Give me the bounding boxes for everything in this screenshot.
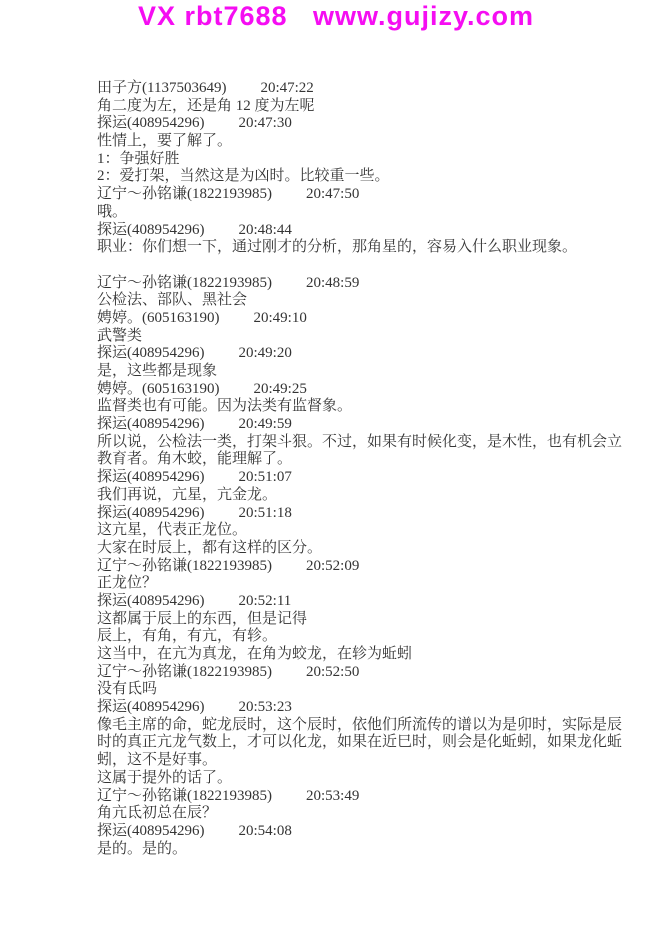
speaker-line: 探运(408954296)20:54:08 bbox=[97, 823, 647, 841]
message-line: 这属于提外的话了。 bbox=[97, 770, 647, 788]
speaker-name: 探运(408954296) bbox=[97, 505, 205, 521]
message-line: 这亢星，代表正龙位。 bbox=[97, 522, 647, 540]
message-line: 蚓，这不是好事。 bbox=[97, 752, 647, 770]
message-line: 监督类也有可能。因为法类有监督象。 bbox=[97, 398, 647, 416]
message-time: 20:48:44 bbox=[239, 222, 292, 240]
message-line: 角亢氐初总在辰？ bbox=[97, 805, 647, 823]
message-line: 哦。 bbox=[97, 204, 647, 222]
message-line: 性情上，要了解了。 bbox=[97, 133, 647, 151]
message-line: 正龙位？ bbox=[97, 575, 647, 593]
message-line: 没有氐吗 bbox=[97, 681, 647, 699]
speaker-name: 探运(408954296) bbox=[97, 699, 205, 715]
message-line: 我们再说，亢星，亢金龙。 bbox=[97, 487, 647, 505]
message-time: 20:49:10 bbox=[254, 310, 307, 328]
message-line: 所以说，公检法一类，打架斗狠。不过，如果有时候化变，是木性，也有机会立 bbox=[97, 434, 647, 452]
message-line: 公检法、部队、黑社会 bbox=[97, 292, 647, 310]
speaker-name: 探运(408954296) bbox=[97, 222, 205, 238]
speaker-line: 探运(408954296)20:48:44 bbox=[97, 222, 647, 240]
speaker-line: 田子方(1137503649)20:47:22 bbox=[97, 80, 647, 98]
speaker-name: 辽宁～孙铭谦(1822193985) bbox=[97, 186, 272, 202]
speaker-line: 辽宁～孙铭谦(1822193985)20:52:09 bbox=[97, 558, 647, 576]
message-line: 这当中，在亢为真龙，在角为蛟龙，在轸为蚯蚓 bbox=[97, 646, 647, 664]
message-line: 大家在时辰上，都有这样的区分。 bbox=[97, 540, 647, 558]
speaker-line: 探运(408954296)20:49:59 bbox=[97, 416, 647, 434]
blank-line bbox=[97, 257, 647, 275]
speaker-line: 辽宁～孙铭谦(1822193985)20:53:49 bbox=[97, 788, 647, 806]
speaker-name: 田子方(1137503649) bbox=[97, 80, 226, 96]
speaker-line: 探运(408954296)20:51:07 bbox=[97, 469, 647, 487]
speaker-line: 娉婷。(605163190)20:49:10 bbox=[97, 310, 647, 328]
message-line: 是的。是的。 bbox=[97, 841, 647, 859]
speaker-line: 探运(408954296)20:49:20 bbox=[97, 345, 647, 363]
message-line: 教育者。角木蛟，能理解了。 bbox=[97, 451, 647, 469]
message-time: 20:48:59 bbox=[306, 275, 359, 293]
message-time: 20:47:30 bbox=[239, 115, 292, 133]
speaker-name: 探运(408954296) bbox=[97, 593, 205, 609]
speaker-name: 娉婷。(605163190) bbox=[97, 310, 220, 326]
watermark-header: VX rbt7688 www.gujizy.com bbox=[0, 1, 672, 32]
message-line: 这都属于辰上的东西，但是记得 bbox=[97, 611, 647, 629]
message-time: 20:49:25 bbox=[254, 381, 307, 399]
message-time: 20:54:08 bbox=[239, 823, 292, 841]
message-time: 20:51:18 bbox=[239, 505, 292, 523]
message-line: 职业：你们想一下，通过刚才的分析，那角星的，容易入什么职业现象。 bbox=[97, 239, 647, 257]
message-time: 20:52:11 bbox=[239, 593, 292, 611]
message-time: 20:47:22 bbox=[260, 80, 313, 98]
chat-log: 田子方(1137503649)20:47:22角二度为左，还是角 12 度为左呢… bbox=[97, 80, 647, 858]
speaker-line: 娉婷。(605163190)20:49:25 bbox=[97, 381, 647, 399]
speaker-name: 探运(408954296) bbox=[97, 469, 205, 485]
speaker-name: 探运(408954296) bbox=[97, 823, 205, 839]
speaker-name: 探运(408954296) bbox=[97, 115, 205, 131]
speaker-name: 辽宁～孙铭谦(1822193985) bbox=[97, 664, 272, 680]
message-time: 20:51:07 bbox=[239, 469, 292, 487]
message-line: 时的真正亢龙气数上，才可以化龙，如果在近巳时，则会是化蚯蚓，如果龙化蚯 bbox=[97, 734, 647, 752]
chat-transcript-page: VX rbt7688 www.gujizy.com 田子方(1137503649… bbox=[0, 0, 672, 950]
message-time: 20:53:49 bbox=[306, 788, 359, 806]
speaker-name: 辽宁～孙铭谦(1822193985) bbox=[97, 788, 272, 804]
message-time: 20:49:20 bbox=[239, 345, 292, 363]
message-line: 是，这些都是现象 bbox=[97, 363, 647, 381]
speaker-name: 辽宁～孙铭谦(1822193985) bbox=[97, 275, 272, 291]
speaker-line: 探运(408954296)20:52:11 bbox=[97, 593, 647, 611]
speaker-name: 探运(408954296) bbox=[97, 416, 205, 432]
speaker-name: 娉婷。(605163190) bbox=[97, 381, 220, 397]
message-line: 像毛主席的命，蛇龙辰时，这个辰时，依他们所流传的谱以为是卯时，实际是辰 bbox=[97, 717, 647, 735]
message-time: 20:53:23 bbox=[239, 699, 292, 717]
message-line: 2：爱打架，当然这是为凶时。比较重一些。 bbox=[97, 168, 647, 186]
speaker-name: 探运(408954296) bbox=[97, 345, 205, 361]
speaker-line: 探运(408954296)20:51:18 bbox=[97, 505, 647, 523]
speaker-name: 辽宁～孙铭谦(1822193985) bbox=[97, 558, 272, 574]
message-line: 角二度为左，还是角 12 度为左呢 bbox=[97, 98, 647, 116]
message-time: 20:52:09 bbox=[306, 558, 359, 576]
message-time: 20:52:50 bbox=[306, 664, 359, 682]
message-line: 武警类 bbox=[97, 328, 647, 346]
speaker-line: 辽宁～孙铭谦(1822193985)20:47:50 bbox=[97, 186, 647, 204]
message-line: 辰上，有角，有亢，有轸。 bbox=[97, 628, 647, 646]
speaker-line: 辽宁～孙铭谦(1822193985)20:52:50 bbox=[97, 664, 647, 682]
speaker-line: 辽宁～孙铭谦(1822193985)20:48:59 bbox=[97, 275, 647, 293]
speaker-line: 探运(408954296)20:53:23 bbox=[97, 699, 647, 717]
speaker-line: 探运(408954296)20:47:30 bbox=[97, 115, 647, 133]
message-time: 20:47:50 bbox=[306, 186, 359, 204]
message-line: 1：争强好胜 bbox=[97, 151, 647, 169]
message-time: 20:49:59 bbox=[239, 416, 292, 434]
